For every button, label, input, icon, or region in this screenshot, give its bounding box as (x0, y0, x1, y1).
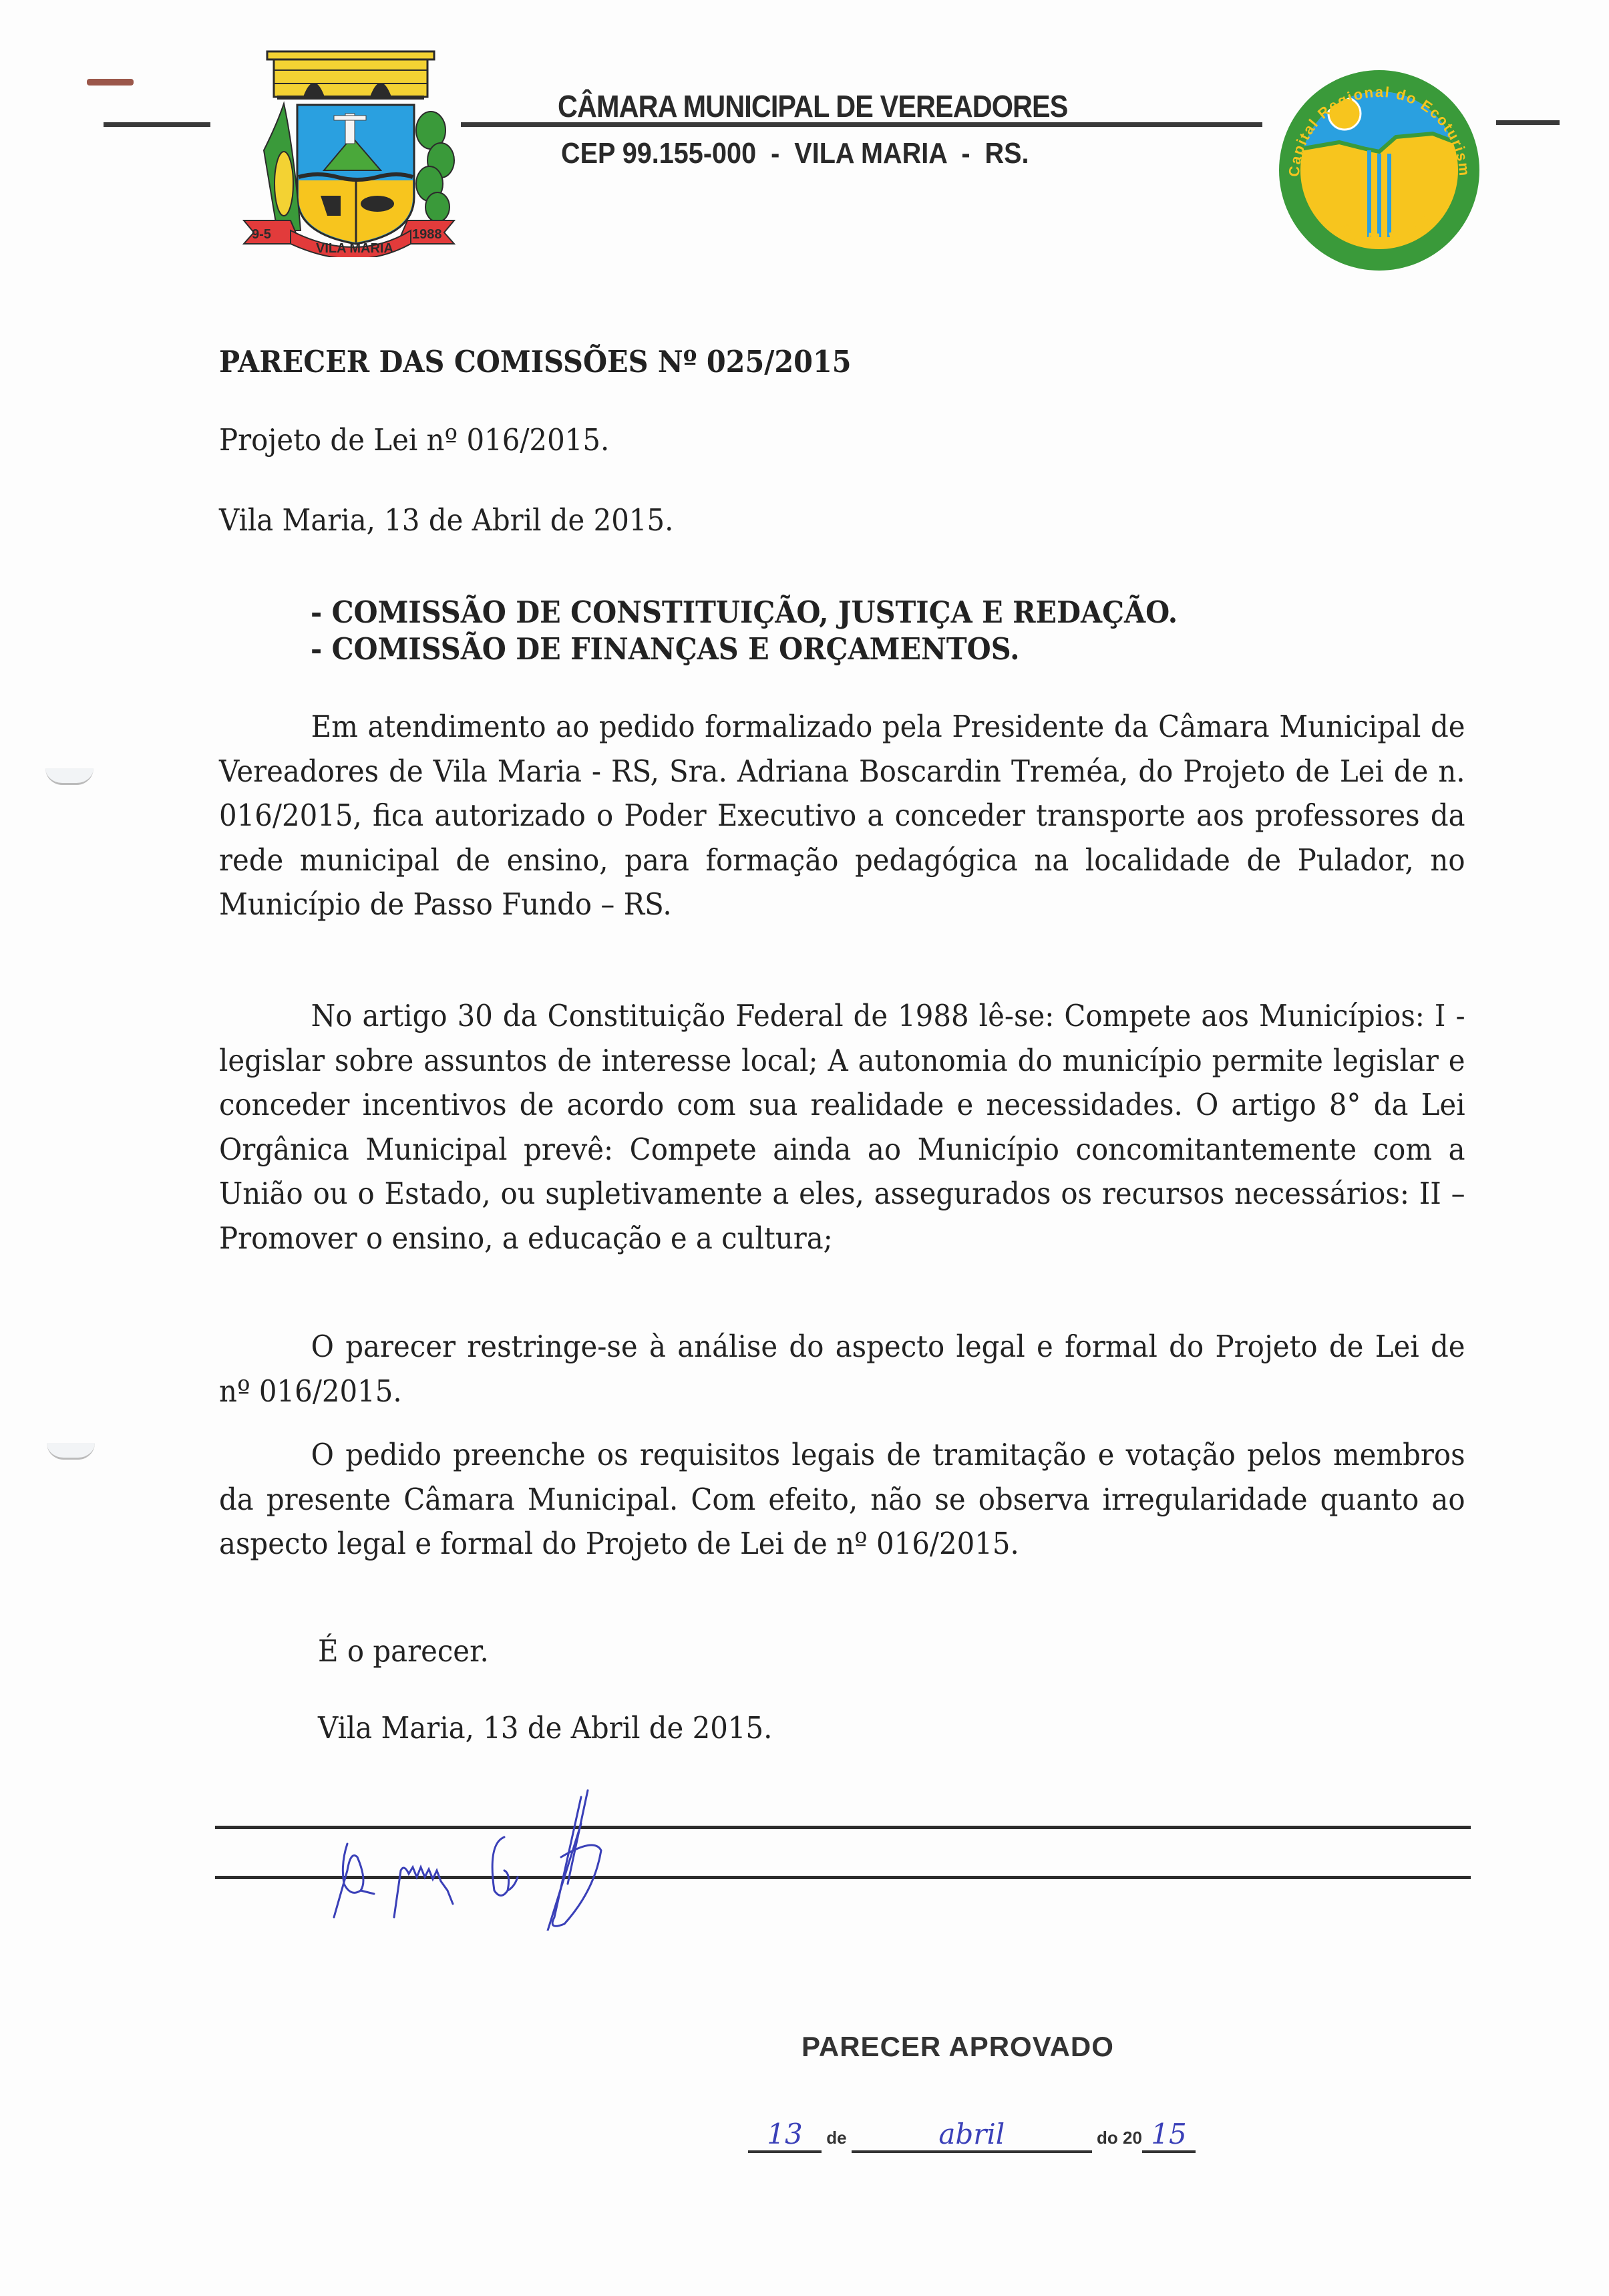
paragraph: O pedido preenche os requisitos legais d… (219, 1433, 1465, 1567)
binder-hole-mark (47, 1443, 95, 1460)
letterhead-rule (1496, 120, 1560, 125)
approval-stamp-date: 13 de abril do 2015 (748, 2118, 1196, 2153)
svg-text:1988: 1988 (412, 227, 442, 242)
committee-name: - COMISSÃO DE CONSTITUIÇÃO, JUSTIÇA E RE… (311, 595, 1178, 630)
stamp-month: abril (852, 2118, 1092, 2153)
svg-text:9-5: 9-5 (252, 227, 271, 242)
ecotourism-seal-icon: Capital Regional do Ecoturismo VILA MARI… (1272, 63, 1486, 277)
letterhead-rule (104, 122, 210, 127)
coat-of-arms-icon: 9-5 1988 VILA MARIA (237, 43, 461, 257)
paragraph: Em atendimento ao pedido formalizado pel… (219, 705, 1465, 927)
document-title: PARECER DAS COMISSÕES Nº 025/2015 (219, 344, 852, 379)
svg-text:VILA MARIA: VILA MARIA (316, 241, 393, 256)
closing-remark: É o parecer. (318, 1633, 489, 1669)
institution-title: CÂMARA MUNICIPAL DE VEREADORES (558, 88, 1159, 124)
stamp-day: 13 (748, 2118, 822, 2153)
date-line: Vila Maria, 13 de Abril de 2015. (219, 502, 673, 538)
closing-date: Vila Maria, 13 de Abril de 2015. (318, 1710, 772, 1746)
paragraph: O parecer restringe-se à análise do aspe… (219, 1325, 1465, 1414)
paragraph: No artigo 30 da Constituição Federal de … (219, 994, 1465, 1261)
approval-stamp-title: PARECER APROVADO (801, 2031, 1114, 2063)
institution-address: CEP 99.155-000 - VILA MARIA - RS. (561, 137, 1029, 170)
committee-name: - COMISSÃO DE FINANÇAS E ORÇAMENTOS. (311, 631, 1020, 667)
binder-hole-mark (45, 768, 94, 785)
project-reference: Projeto de Lei nº 016/2015. (219, 422, 609, 458)
handwritten-signatures (267, 1757, 801, 1931)
stamp-year: 15 (1142, 2118, 1196, 2153)
scan-mark (87, 79, 134, 86)
